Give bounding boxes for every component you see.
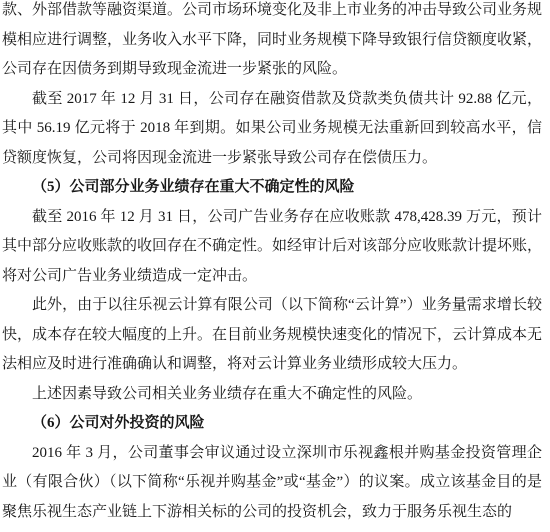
paragraph-cloud-computing-costs: 此外，由于以往乐视云计算有限公司（以下简称“云计算”）业务量需求增长较快，成本存… [2, 291, 542, 380]
paragraph-merger-fund-establishment: 2016 年 3 月，公司董事会审议通过设立深圳市乐视鑫根并购基金投资管理企业（… [2, 439, 542, 528]
paragraph-uncertainty-conclusion: 上述因素导致公司相关业务业绩存在重大不确定性的风险。 [2, 380, 542, 410]
heading-risk-6-external-investment: （6）公司对外投资的风险 [2, 409, 542, 439]
paragraph-debt-due-2018: 截至 2017 年 12 月 31 日，公司存在融资借款及贷款类负债共计 92.… [2, 85, 542, 174]
paragraph-advertising-receivables: 截至 2016 年 12 月 31 日，公司广告业务存在应收账款 478,428… [2, 203, 542, 292]
paragraph-financing-channels-continuation: 款、外部借款等融资渠道。公司市场环境变化及非上市业务的冲击导致公司业务规模相应进… [2, 0, 542, 85]
heading-risk-5-business-performance-uncertainty: （5）公司部分业务业绩存在重大不确定性的风险 [2, 173, 542, 203]
document-page: 款、外部借款等融资渠道。公司市场环境变化及非上市业务的冲击导致公司业务规模相应进… [0, 0, 550, 528]
